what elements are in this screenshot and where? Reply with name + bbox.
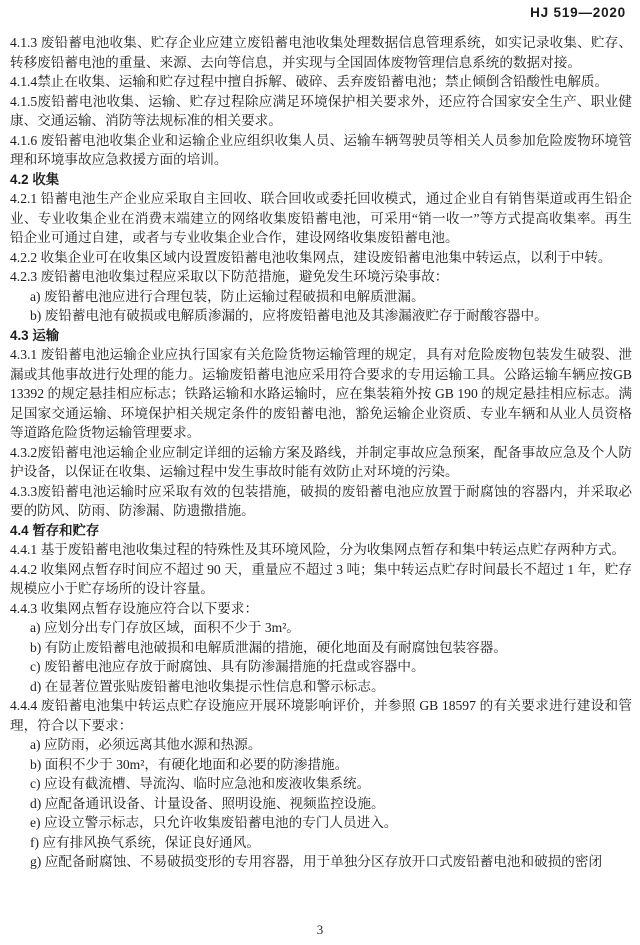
page-number: 3 — [0, 922, 640, 938]
clause-4-2-1: 4.2.1 铅蓄电池生产企业应采取自主回收、联合回收或委托回收模式，通过企业自有… — [10, 189, 632, 248]
document-page: HJ 519—2020 4.1.3 废铅蓄电池收集、贮存企业应建立废铅蓄电池收集… — [0, 0, 640, 945]
clause-4-3-3: 4.3.3废铅蓄电池运输时应采取有效的包装措施，破损的废铅蓄电池应放置于耐腐蚀的… — [10, 482, 632, 521]
clause-4-3-2: 4.3.2废铅蓄电池运输企业应制定详细的运输方案及路线，并制定事故应急预案，配备… — [10, 443, 632, 482]
list-item-4-4-4-g: g) 应配备耐腐蚀、不易破损变形的专用容器，用于单独分区存放开口式废铅蓄电池和破… — [10, 852, 632, 872]
list-item-4-4-3-c: c) 废铅蓄电池应存放于耐腐蚀、具有防渗漏措施的托盘或容器中。 — [10, 657, 632, 677]
clause-4-1-4: 4.1.4禁止在收集、运输和贮存过程中擅自拆解、破碎、丢弃废铅蓄电池；禁止倾倒含… — [10, 72, 632, 92]
clause-4-1-6: 4.1.6 废铅蓄电池收集企业和运输企业应组织收集人员、运输车辆驾驶员等相关人员… — [10, 131, 632, 170]
section-heading-4-2: 4.2 收集 — [10, 170, 632, 190]
doc-number: HJ 519—2020 — [530, 5, 626, 20]
section-heading-4-4: 4.4 暂存和贮存 — [10, 521, 632, 541]
list-item-4-4-3-a: a) 应划分出专门存放区域，面积不少于 3m²。 — [10, 618, 632, 638]
clause-4-2-3: 4.2.3 废铅蓄电池收集过程应采取以下防范措施，避免发生环境污染事故： — [10, 267, 632, 287]
list-item-4-4-3-d: d) 在显著位置张贴废铅蓄电池收集提示性信息和警示标志。 — [10, 677, 632, 697]
clause-4-4-2: 4.4.2 收集网点暂存时间应不超过 90 天，重量应不超过 3 吨；集中转运点… — [10, 560, 632, 599]
clause-4-4-4: 4.4.4 废铅蓄电池集中转运点贮存设施应开展环境影响评价，并参照 GB 185… — [10, 696, 632, 735]
clause-4-4-3: 4.4.3 收集网点暂存设施应符合以下要求： — [10, 599, 632, 619]
list-item-4-4-4-d: d) 应配备通讯设备、计量设备、照明设施、视频监控设施。 — [10, 794, 632, 814]
list-item-4-4-4-a: a) 应防雨，必须远离其他水源和热源。 — [10, 735, 632, 755]
list-item-4-4-4-e: e) 应设立警示标志，只允许收集废铅蓄电池的专门人员进入。 — [10, 813, 632, 833]
list-item-4-2-3-a: a) 废铅蓄电池应进行合理包装，防止运输过程破损和电解质泄漏。 — [10, 287, 632, 307]
clause-4-2-2: 4.2.2 收集企业可在收集区域内设置废铅蓄电池收集网点，建设废铅蓄电池集中转运… — [10, 248, 632, 268]
list-item-4-4-4-f: f) 应有排风换气系统，保证良好通风。 — [10, 833, 632, 853]
list-item-4-4-4-b: b) 面积不少于 30m²，有硬化地面和必要的防渗措施。 — [10, 755, 632, 775]
section-heading-4-3: 4.3 运输 — [10, 326, 632, 346]
clause-4-3-1-text-lead: 4.3.1 废铅蓄电池运输企业应执行国家有关危险货物运输管理的规定 — [10, 347, 412, 362]
highlighted-comma: ， — [412, 347, 426, 362]
clause-4-1-5: 4.1.5废铅蓄电池收集、运输、贮存过程除应满足环境保护相关要求外，还应符合国家… — [10, 92, 632, 131]
clause-4-4-1: 4.4.1 基于废铅蓄电池收集过程的特殊性及其环境风险，分为收集网点暂存和集中转… — [10, 540, 632, 560]
list-item-4-2-3-b: b) 废铅蓄电池有破损或电解质渗漏的，应将废铅蓄电池及其渗漏液贮存于耐酸容器中。 — [10, 306, 632, 326]
clause-4-1-3: 4.1.3 废铅蓄电池收集、贮存企业应建立废铅蓄电池收集处理数据信息管理系统，如… — [10, 33, 632, 72]
document-body: 4.1.3 废铅蓄电池收集、贮存企业应建立废铅蓄电池收集处理数据信息管理系统，如… — [10, 33, 632, 872]
clause-4-3-1: 4.3.1 废铅蓄电池运输企业应执行国家有关危险货物运输管理的规定，具有对危险废… — [10, 345, 632, 443]
list-item-4-4-4-c: c) 应设有截流槽、导流沟、临时应急池和废液收集系统。 — [10, 774, 632, 794]
list-item-4-4-3-b: b) 有防止废铅蓄电池破损和电解质泄漏的措施，硬化地面及有耐腐蚀包装容器。 — [10, 638, 632, 658]
